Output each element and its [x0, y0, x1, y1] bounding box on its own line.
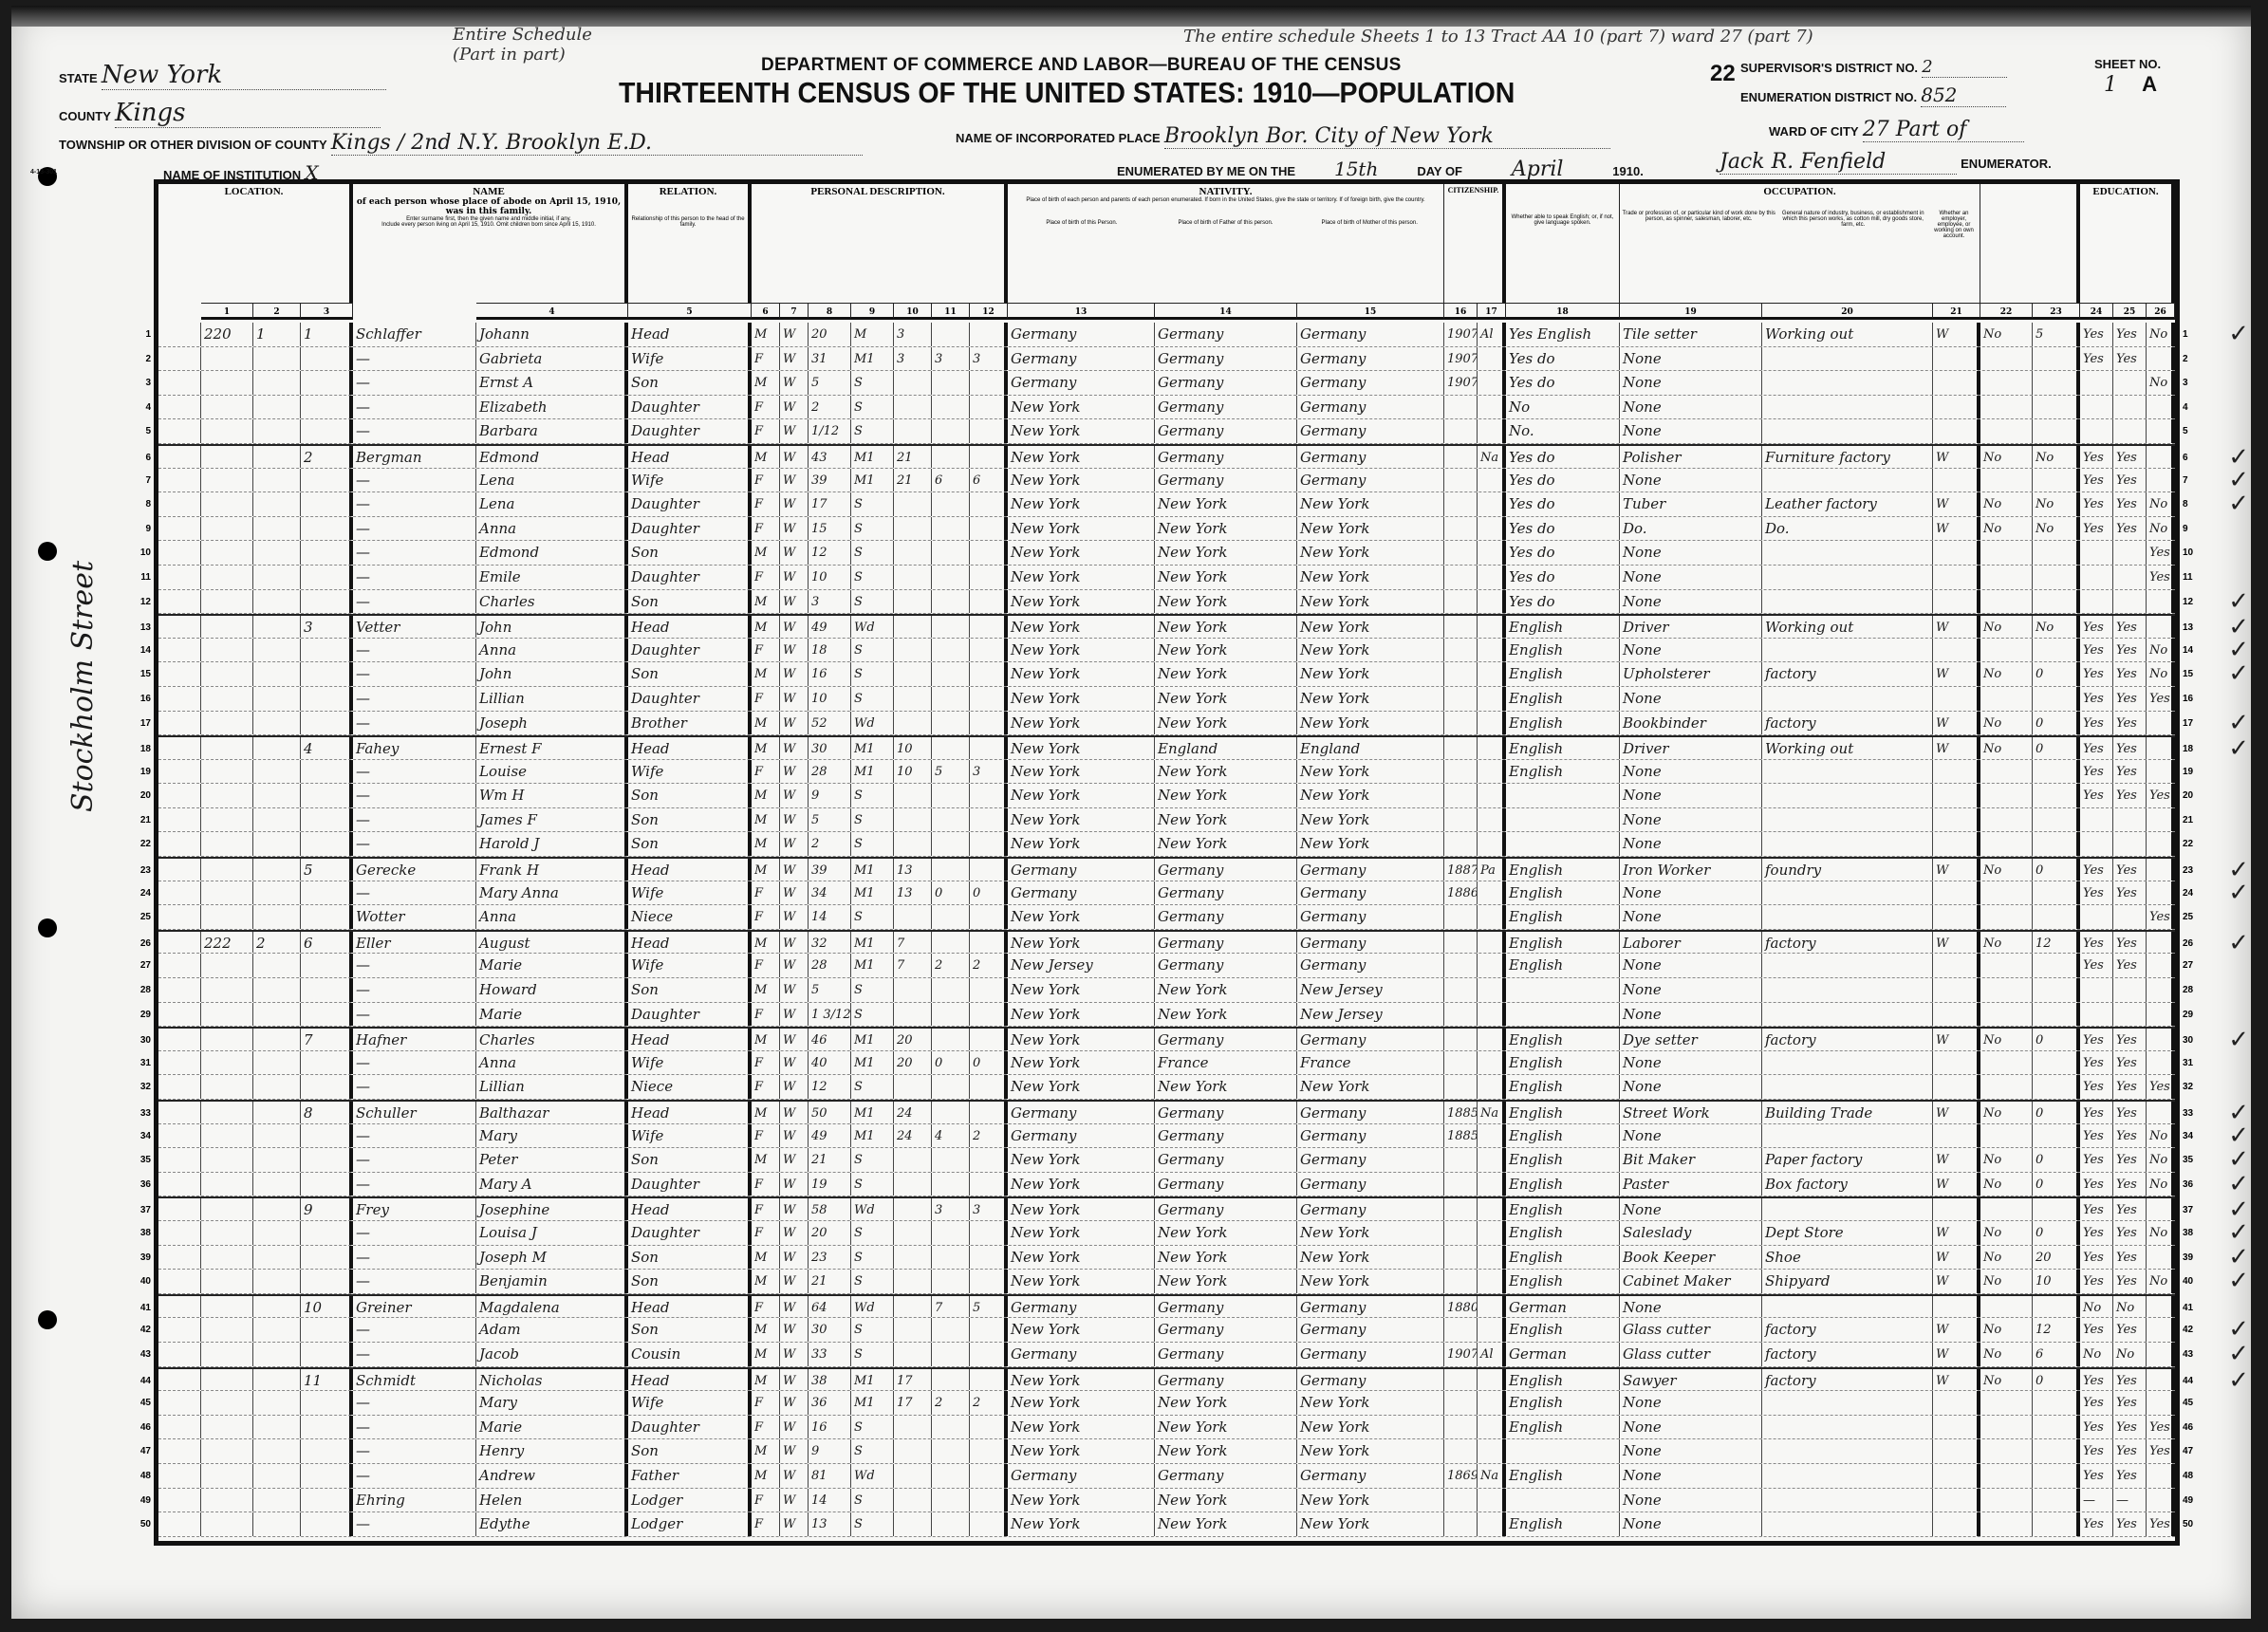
cell-trade: Book Keeper	[1620, 1246, 1762, 1270]
cell-dwelling	[253, 347, 301, 371]
cell-out	[1980, 954, 2033, 977]
cell-lang: Yes do	[1506, 446, 1620, 468]
cell-age: 21	[809, 1270, 851, 1293]
check-mark-icon: ✓	[2228, 1173, 2249, 1196]
header-relation: RELATION. Relationship of this person to…	[628, 184, 752, 303]
cell-house	[201, 687, 253, 711]
cell-surname: —	[353, 492, 476, 516]
table-row: 1919—LouiseWifeFW28M11053New YorkNew Yor…	[158, 760, 2175, 785]
check-mark-icon: ✓	[2228, 881, 2249, 904]
cell-given: Helen	[476, 1489, 628, 1512]
column-number: 22	[1980, 303, 2033, 320]
cell-born	[932, 1464, 970, 1488]
cell-out	[1980, 590, 2033, 614]
cell-pob: New York	[1008, 1439, 1155, 1463]
cell-yrs	[894, 1246, 932, 1270]
cell-dwelling	[253, 978, 301, 1002]
cell-mpob: Germany	[1297, 1464, 1444, 1488]
table-row: 444411SchmidtNicholasHeadMW38M117New Yor…	[158, 1367, 2175, 1392]
cell-sex: F	[752, 1391, 780, 1415]
cell-living	[970, 541, 1008, 565]
cell-house	[201, 954, 253, 977]
cell-read: Yes	[2080, 616, 2113, 638]
cell-born	[932, 1270, 970, 1293]
cell-sch	[2147, 832, 2175, 856]
cell-write: Yes	[2113, 1512, 2147, 1536]
cell-rel: Daughter	[628, 492, 752, 516]
table-row: 1111—EmileDaughterFW10SNew YorkNew YorkN…	[158, 566, 2175, 590]
check-mark-icon: ✓	[2228, 1369, 2249, 1392]
cell-given: Lillian	[476, 687, 628, 711]
line-number-right: 48	[2183, 1464, 2207, 1488]
cell-fpob: Germany	[1155, 881, 1297, 905]
cell-out	[1980, 1512, 2033, 1536]
cell-family	[301, 784, 353, 807]
cell-ind	[1762, 541, 1933, 565]
cell-mar: S	[851, 905, 894, 929]
line-number-right: 6	[2183, 446, 2207, 470]
cell-family	[301, 1391, 353, 1415]
cell-out: No	[1980, 492, 2033, 516]
cell-surname: —	[353, 639, 476, 662]
cell-family: 5	[301, 859, 353, 881]
cell-wks	[2033, 469, 2080, 492]
cell-read: Yes	[2080, 1464, 2113, 1488]
cell-write: Yes	[2113, 687, 2147, 711]
cell-rel: Wife	[628, 347, 752, 371]
cell-born	[932, 1416, 970, 1439]
cell-pob: New York	[1008, 1489, 1155, 1512]
cell-surname: Wotter	[353, 905, 476, 929]
cell-given: Lena	[476, 492, 628, 516]
line-number: 18	[126, 737, 151, 761]
cell-yrs: 7	[894, 954, 932, 977]
cell-family	[301, 1489, 353, 1512]
cell-pob: New York	[1008, 784, 1155, 807]
line-number-right: 40	[2183, 1270, 2207, 1293]
line-number-right: 8	[2183, 492, 2207, 516]
sheet-no-label: SHEET NO.	[2094, 57, 2161, 71]
cell-trade: None	[1620, 396, 1762, 419]
cell-trade: Tile setter	[1620, 323, 1762, 346]
cell-pob: New York	[1008, 1221, 1155, 1245]
cell-given: Anna	[476, 639, 628, 662]
table-row: 4545—MaryWifeFW36M11722New YorkNew YorkN…	[158, 1391, 2175, 1416]
cell-out: No	[1980, 323, 2033, 346]
table-row: 37379FreyJosephineHeadFW58Wd33New YorkGe…	[158, 1196, 2175, 1221]
cell-yrs	[894, 396, 932, 419]
cell-yrs: 24	[894, 1102, 932, 1123]
cell-surname: —	[353, 1003, 476, 1027]
cell-ind	[1762, 881, 1933, 905]
cell-imm	[1444, 978, 1478, 1002]
cell-surname: —	[353, 662, 476, 686]
cell-living	[970, 1416, 1008, 1439]
cell-race: W	[780, 1296, 809, 1318]
cell-out	[1980, 1296, 2033, 1318]
cell-trade: Paster	[1620, 1173, 1762, 1196]
cell-given: Joseph	[476, 712, 628, 735]
column-number: 25	[2113, 303, 2147, 320]
cell-nat	[1478, 1051, 1506, 1075]
enumeration-district-value: 852	[1921, 83, 2006, 107]
cell-emp: W	[1933, 662, 1980, 686]
cell-house	[201, 1296, 253, 1318]
cell-race: W	[780, 396, 809, 419]
cell-lang: German	[1506, 1296, 1620, 1318]
cell-write	[2113, 832, 2147, 856]
cell-age: 14	[809, 905, 851, 929]
cell-trade: Do.	[1620, 517, 1762, 541]
cell-living	[970, 1221, 1008, 1245]
cell-yrs	[894, 662, 932, 686]
cell-emp	[1933, 1075, 1980, 1099]
cell-race: W	[780, 616, 809, 638]
cell-race: W	[780, 808, 809, 832]
cell-emp	[1933, 832, 1980, 856]
cell-ind: factory	[1762, 1369, 1933, 1391]
cell-sex: F	[752, 1296, 780, 1318]
cell-house: 220	[201, 323, 253, 346]
cell-house	[201, 639, 253, 662]
cell-pob: New York	[1008, 832, 1155, 856]
cell-born	[932, 1102, 970, 1123]
cell-write: Yes	[2113, 1369, 2147, 1391]
cell-sch	[2147, 978, 2175, 1002]
cell-pob: New York	[1008, 1270, 1155, 1293]
table-row: 3838—Louisa JDaughterFW20SNew YorkNew Yo…	[158, 1221, 2175, 1246]
cell-given: John	[476, 616, 628, 638]
line-number: 20	[126, 784, 151, 807]
cell-rel: Wife	[628, 954, 752, 977]
cell-pob: New York	[1008, 639, 1155, 662]
cell-age: 9	[809, 784, 851, 807]
cell-out: No	[1980, 712, 2033, 735]
cell-rel: Niece	[628, 1075, 752, 1099]
cell-race: W	[780, 760, 809, 784]
line-number: 11	[126, 566, 151, 589]
cell-born	[932, 639, 970, 662]
cell-family	[301, 639, 353, 662]
cell-rel: Head	[628, 1296, 752, 1318]
cell-imm	[1444, 1391, 1478, 1415]
cell-surname: Ehring	[353, 1489, 476, 1512]
cell-read: Yes	[2080, 881, 2113, 905]
cell-rel: Daughter	[628, 566, 752, 589]
cell-ind	[1762, 687, 1933, 711]
cell-out	[1980, 832, 2033, 856]
cell-dwelling	[253, 1198, 301, 1220]
cell-family: 8	[301, 1102, 353, 1123]
line-number-right: 5	[2183, 419, 2207, 443]
cell-emp	[1933, 1416, 1980, 1439]
cell-fpob: New York	[1155, 639, 1297, 662]
enumeration-district-field: ENUMERATION DISTRICT NO. 852	[1740, 83, 2006, 107]
cell-ind	[1762, 954, 1933, 977]
cell-lang: Yes do	[1506, 492, 1620, 516]
cell-emp: W	[1933, 1029, 1980, 1050]
cell-out: No	[1980, 517, 2033, 541]
cell-lang: English	[1506, 687, 1620, 711]
cell-mpob: New York	[1297, 808, 1444, 832]
cell-imm	[1444, 1075, 1478, 1099]
cell-surname: —	[353, 566, 476, 589]
cell-dwelling	[253, 881, 301, 905]
cell-sex: F	[752, 881, 780, 905]
cell-sex: F	[752, 1489, 780, 1512]
cell-street	[158, 396, 201, 419]
cell-house	[201, 566, 253, 589]
cell-living	[970, 1102, 1008, 1123]
cell-nat	[1478, 1198, 1506, 1220]
cell-wks: 0	[2033, 1102, 2080, 1123]
line-number: 50	[126, 1512, 151, 1536]
cell-family	[301, 566, 353, 589]
cell-sex: F	[752, 517, 780, 541]
cell-family	[301, 396, 353, 419]
cell-trade: None	[1620, 1075, 1762, 1099]
table-row: 23235GereckeFrank HHeadMW39M113GermanyGe…	[158, 857, 2175, 881]
cell-rel: Daughter	[628, 396, 752, 419]
cell-house	[201, 1343, 253, 1366]
cell-lang: English	[1506, 760, 1620, 784]
cell-family	[301, 662, 353, 686]
cell-pob: New York	[1008, 1198, 1155, 1220]
table-row: 44—ElizabethDaughterFW2SNew YorkGermanyG…	[158, 396, 2175, 420]
cell-yrs: 10	[894, 760, 932, 784]
check-mark-icon: ✓	[2228, 737, 2249, 760]
cell-out: No	[1980, 737, 2033, 759]
cell-mpob: Germany	[1297, 859, 1444, 881]
cell-surname: —	[353, 784, 476, 807]
cell-mar: S	[851, 978, 894, 1002]
cell-fpob: New York	[1155, 616, 1297, 638]
cell-out	[1980, 347, 2033, 371]
cell-out: No	[1980, 1270, 2033, 1293]
cell-age: 15	[809, 517, 851, 541]
line-number-right: 10	[2183, 541, 2207, 565]
cell-street	[158, 1391, 201, 1415]
cell-house	[201, 832, 253, 856]
cell-ind	[1762, 1051, 1933, 1075]
cell-yrs	[894, 1318, 932, 1342]
cell-nat	[1478, 590, 1506, 614]
cell-dwelling	[253, 1173, 301, 1196]
cell-rel: Head	[628, 932, 752, 954]
cell-house	[201, 419, 253, 443]
cell-read: Yes	[2080, 737, 2113, 759]
cell-yrs	[894, 492, 932, 516]
cell-pob: New York	[1008, 541, 1155, 565]
line-number: 25	[126, 905, 151, 929]
sheet-number-field: SHEET NO. 1 A	[2094, 57, 2161, 97]
cell-sex: M	[752, 662, 780, 686]
cell-street	[158, 905, 201, 929]
cell-given: Elizabeth	[476, 396, 628, 419]
cell-house	[201, 396, 253, 419]
cell-given: Nicholas	[476, 1369, 628, 1391]
table-row: 2727—MarieWifeFW28M1722New JerseyGermany…	[158, 954, 2175, 978]
cell-fpob: Germany	[1155, 446, 1297, 468]
cell-family: 2	[301, 446, 353, 468]
cell-out	[1980, 1124, 2033, 1148]
cell-trade: None	[1620, 1464, 1762, 1488]
cell-sex: M	[752, 784, 780, 807]
cell-living	[970, 1512, 1008, 1536]
cell-mar: S	[851, 639, 894, 662]
cell-nat	[1478, 541, 1506, 565]
cell-mpob: New York	[1297, 1489, 1444, 1512]
cell-given: August	[476, 932, 628, 954]
cell-mar: S	[851, 808, 894, 832]
cell-street	[158, 1029, 201, 1050]
cell-read: Yes	[2080, 1318, 2113, 1342]
cell-yrs	[894, 1416, 932, 1439]
cell-write	[2113, 396, 2147, 419]
cell-age: 20	[809, 1221, 851, 1245]
cell-write: Yes	[2113, 662, 2147, 686]
cell-living	[970, 1173, 1008, 1196]
cell-imm	[1444, 446, 1478, 468]
cell-given: Johann	[476, 323, 628, 346]
cell-out	[1980, 639, 2033, 662]
cell-wks	[2033, 832, 2080, 856]
cell-sch: No	[2147, 517, 2175, 541]
cell-yrs	[894, 1439, 932, 1463]
cell-surname: —	[353, 396, 476, 419]
cell-rel: Son	[628, 371, 752, 395]
cell-fpob: Germany	[1155, 1198, 1297, 1220]
cell-house	[201, 784, 253, 807]
cell-sex: F	[752, 1512, 780, 1536]
cell-ind	[1762, 978, 1933, 1002]
cell-dwelling	[253, 1270, 301, 1293]
cell-write: Yes	[2113, 1416, 2147, 1439]
cell-rel: Father	[628, 1464, 752, 1488]
cell-race: W	[780, 1124, 809, 1148]
line-number-right: 13	[2183, 616, 2207, 640]
line-number-right: 9	[2183, 517, 2207, 541]
cell-write: Yes	[2113, 347, 2147, 371]
table-row: 2121—James FSonMW5SNew YorkNew YorkNew Y…	[158, 808, 2175, 833]
cell-wks	[2033, 1464, 2080, 1488]
cell-living	[970, 616, 1008, 638]
cell-race: W	[780, 1075, 809, 1099]
cell-trade: Iron Worker	[1620, 859, 1762, 881]
cell-rel: Son	[628, 784, 752, 807]
cell-family	[301, 1124, 353, 1148]
cell-emp: W	[1933, 517, 1980, 541]
cell-wks	[2033, 1198, 2080, 1220]
cell-write	[2113, 566, 2147, 589]
cell-dwelling	[253, 1148, 301, 1172]
cell-surname: —	[353, 1318, 476, 1342]
cell-fpob: Germany	[1155, 1173, 1297, 1196]
cell-rel: Son	[628, 1318, 752, 1342]
cell-lang: English	[1506, 712, 1620, 735]
cell-lang: No	[1506, 396, 1620, 419]
cell-family	[301, 881, 353, 905]
cell-imm	[1444, 541, 1478, 565]
cell-fpob: New York	[1155, 492, 1297, 516]
cell-ind: factory	[1762, 1029, 1933, 1050]
cell-given: Emile	[476, 566, 628, 589]
cell-ind	[1762, 1296, 1933, 1318]
cell-read: Yes	[2080, 1246, 2113, 1270]
line-number-right: 21	[2183, 808, 2207, 832]
cell-read	[2080, 541, 2113, 565]
cell-street	[158, 1003, 201, 1027]
cell-lang: English	[1506, 1029, 1620, 1050]
cell-nat	[1478, 566, 1506, 589]
cell-living	[970, 712, 1008, 735]
cell-pob: New York	[1008, 1173, 1155, 1196]
cell-given: Louisa J	[476, 1221, 628, 1245]
line-number: 41	[126, 1296, 151, 1320]
line-number-right: 32	[2183, 1075, 2207, 1099]
cell-write: Yes	[2113, 1391, 2147, 1415]
cell-age: 5	[809, 808, 851, 832]
cell-given: Gabrieta	[476, 347, 628, 371]
cell-lang	[1506, 1003, 1620, 1027]
cell-age: 40	[809, 1051, 851, 1075]
cell-street	[158, 1439, 201, 1463]
cell-sch	[2147, 1464, 2175, 1488]
table-row: 4040—BenjaminSonMW21SNew YorkNew YorkNew…	[158, 1270, 2175, 1294]
cell-race: W	[780, 737, 809, 759]
cell-family	[301, 590, 353, 614]
check-mark-icon: ✓	[2228, 662, 2249, 685]
line-number: 46	[126, 1416, 151, 1439]
cell-house	[201, 1124, 253, 1148]
line-number-right: 2	[2183, 347, 2207, 371]
cell-sex: M	[752, 1102, 780, 1123]
cell-given: Magdalena	[476, 1296, 628, 1318]
cell-race: W	[780, 323, 809, 346]
cell-mpob: New York	[1297, 662, 1444, 686]
column-number: 4	[476, 303, 628, 320]
cell-nat	[1478, 1124, 1506, 1148]
cell-wks: 20	[2033, 1246, 2080, 1270]
cell-mar: M1	[851, 446, 894, 468]
cell-family	[301, 1221, 353, 1245]
table-row: 1616—LillianDaughterFW10SNew YorkNew Yor…	[158, 687, 2175, 712]
cell-pob: New York	[1008, 1318, 1155, 1342]
cell-ind	[1762, 396, 1933, 419]
table-row: 4646—MarieDaughterFW16SNew YorkNew YorkN…	[158, 1416, 2175, 1440]
cell-living	[970, 662, 1008, 686]
cell-born	[932, 1439, 970, 1463]
punch-hole	[38, 542, 57, 561]
cell-read: Yes	[2080, 1075, 2113, 1099]
cell-street	[158, 1173, 201, 1196]
cell-family	[301, 905, 353, 929]
cell-rel: Head	[628, 1029, 752, 1050]
cell-fpob: New York	[1155, 662, 1297, 686]
cell-trade: None	[1620, 1416, 1762, 1439]
cell-born: 4	[932, 1124, 970, 1148]
cell-age: 49	[809, 616, 851, 638]
cell-dwelling	[253, 1391, 301, 1415]
cell-race: W	[780, 469, 809, 492]
cell-wks	[2033, 1489, 2080, 1512]
cell-emp	[1933, 978, 1980, 1002]
table-row: 1414—AnnaDaughterFW18SNew YorkNew YorkNe…	[158, 639, 2175, 663]
cell-emp: W	[1933, 446, 1980, 468]
line-number: 5	[126, 419, 151, 443]
cell-emp	[1933, 905, 1980, 929]
cell-age: 81	[809, 1464, 851, 1488]
